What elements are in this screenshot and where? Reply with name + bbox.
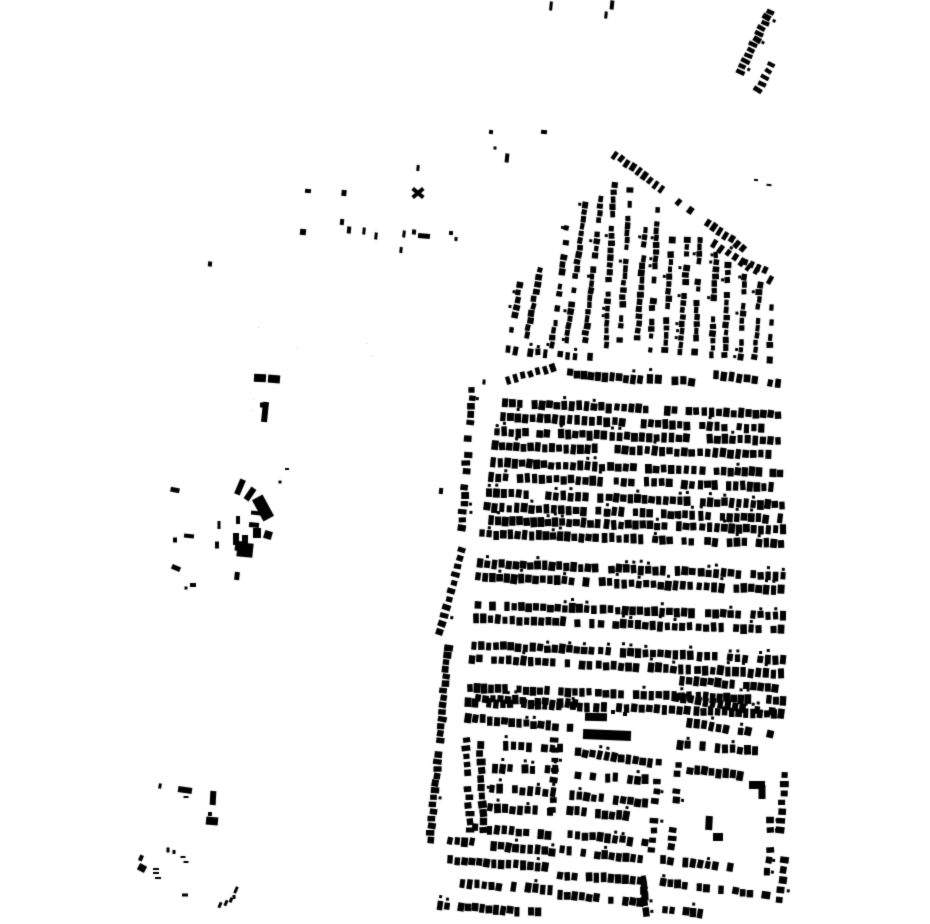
building-footprint-map[interactable]: [0, 0, 930, 924]
